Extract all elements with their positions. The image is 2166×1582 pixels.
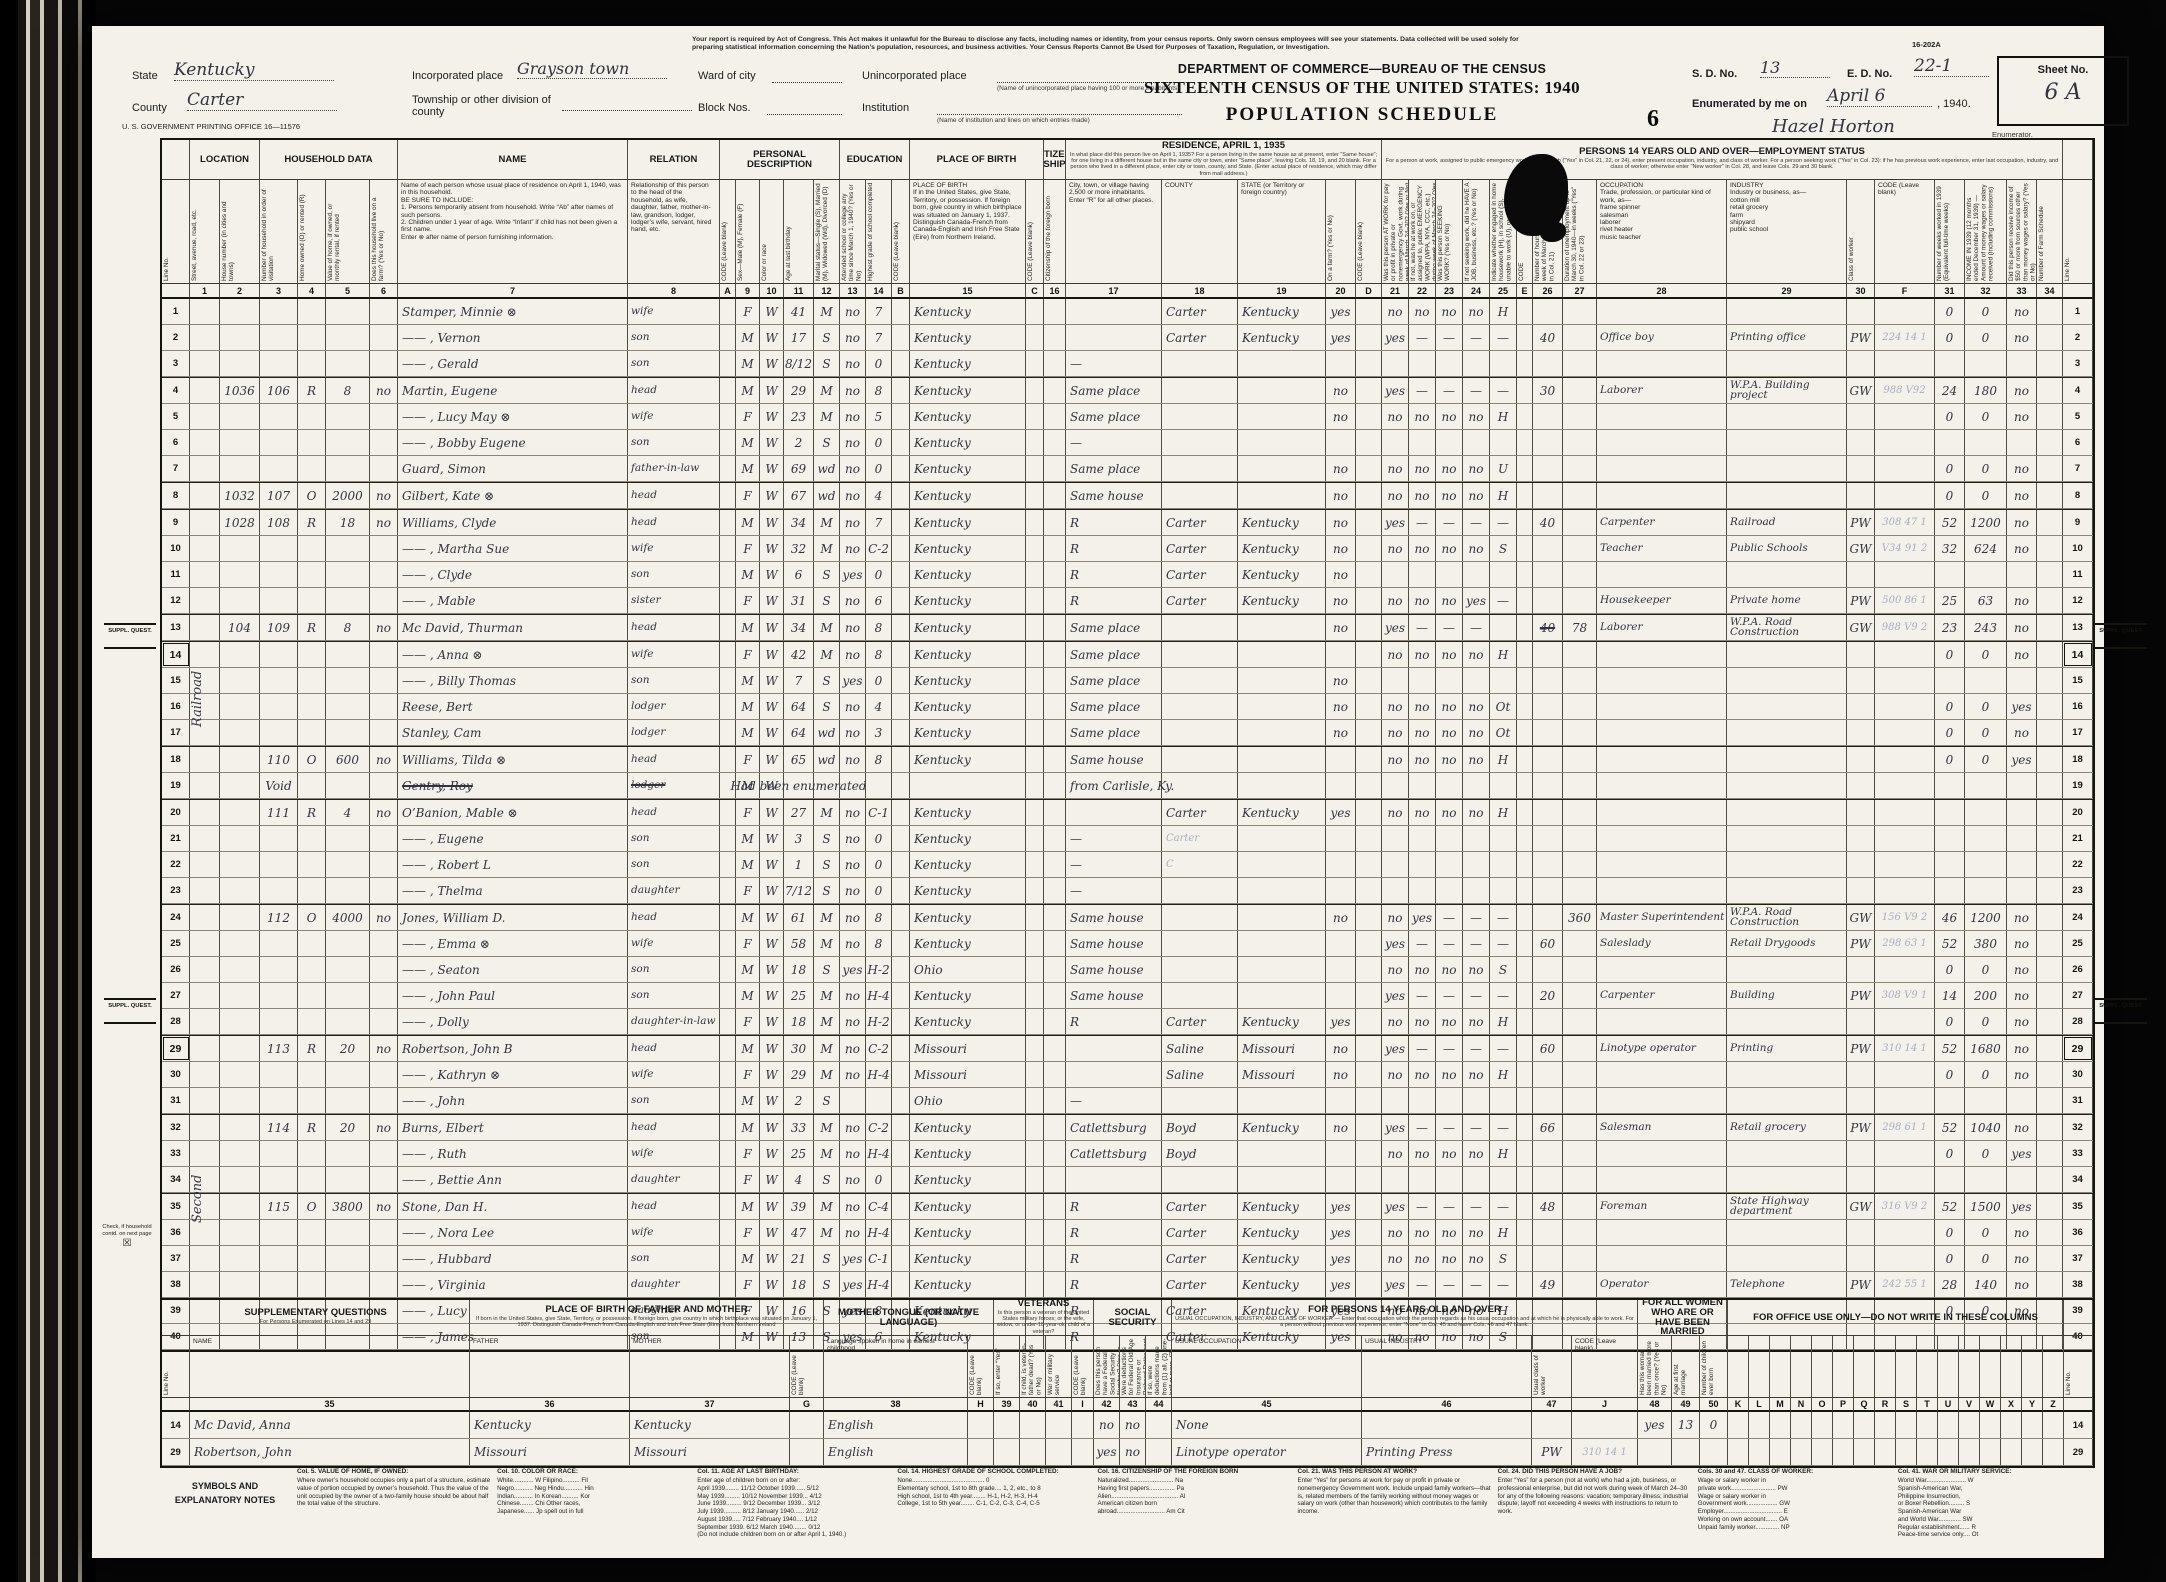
cell-sch: no bbox=[840, 800, 866, 825]
desc-text-race: Color or race bbox=[760, 180, 783, 283]
section-label: RESIDENCE, APRIL 1, 1935 bbox=[1162, 141, 1285, 151]
cell-cA bbox=[720, 642, 736, 667]
cell-rel: head bbox=[628, 615, 720, 640]
cell-cE bbox=[1517, 931, 1533, 956]
cell-street bbox=[190, 1009, 220, 1034]
scanned-census-page: Your report is required by Act of Congre… bbox=[0, 0, 2166, 1582]
colnum-s_43: 43 bbox=[1120, 1398, 1146, 1412]
cell-hh bbox=[260, 852, 298, 877]
cell-race: W bbox=[760, 1009, 784, 1034]
cell-lnr: 13 bbox=[2063, 615, 2093, 640]
cell-cit bbox=[1044, 1115, 1066, 1140]
cell-state: Kentucky bbox=[1238, 536, 1326, 561]
cell-cit bbox=[1044, 325, 1066, 350]
cell-weeks: 52 bbox=[1935, 1194, 1965, 1219]
cell-hours bbox=[1533, 668, 1563, 693]
cell-other bbox=[2007, 1088, 2037, 1113]
cell-race: W bbox=[760, 983, 784, 1008]
cell-cF bbox=[1875, 483, 1935, 508]
cell-ind bbox=[1727, 1009, 1847, 1034]
cell-hours bbox=[1533, 1246, 1563, 1271]
cell-own: R bbox=[298, 1115, 326, 1140]
colnum-c23: 23 bbox=[1436, 284, 1463, 299]
cell-c25: — bbox=[1490, 510, 1517, 535]
cell-lnr: 26 bbox=[2063, 957, 2093, 982]
cell-cls: PW bbox=[1847, 510, 1875, 535]
desc-text-c34: Number of Farm Schedule bbox=[2037, 180, 2062, 283]
cell-other bbox=[2007, 773, 2037, 798]
cell-c34 bbox=[2037, 615, 2063, 640]
cell-c22 bbox=[1409, 351, 1436, 376]
cell-sex: F bbox=[736, 642, 760, 667]
colnum-cit: 16 bbox=[1044, 284, 1066, 299]
section-relation: RELATION bbox=[628, 140, 720, 180]
sd-label: S. D. No. bbox=[1692, 68, 1737, 80]
cell-s_mo: Missouri bbox=[630, 1439, 790, 1465]
cell-other: no bbox=[2007, 905, 2037, 930]
cell-val bbox=[326, 1246, 370, 1271]
cell-street bbox=[190, 983, 220, 1008]
cell-c21: no bbox=[1382, 588, 1409, 613]
cell-cC bbox=[1026, 1141, 1044, 1166]
desc-text-other: Did this person receive income of $50 or… bbox=[2007, 180, 2036, 283]
cell-ln: 9 bbox=[162, 510, 190, 535]
cell-sex: F bbox=[736, 931, 760, 956]
desc-street: Street, avenue, road, etc. bbox=[190, 180, 220, 284]
cell-weeks bbox=[1935, 351, 1965, 376]
cell-farm35: no bbox=[1326, 1115, 1356, 1140]
cell-cit bbox=[1044, 931, 1066, 956]
section-label: NAME bbox=[499, 155, 527, 165]
sheet-label: Sheet No. bbox=[1999, 64, 2127, 76]
cell-other: no bbox=[2007, 1036, 2037, 1061]
section-subtext: USUAL OCCUPATION, INDUSTRY, AND CLASS OF… bbox=[1172, 1315, 1637, 1330]
cell-other: no bbox=[2007, 720, 2037, 745]
footnote-title: Col. 41. WAR OR MILITARY SERVICE: bbox=[1898, 1468, 2091, 1476]
footnote-title: Col. 11. AGE AT LAST BIRTHDAY: bbox=[697, 1468, 890, 1476]
cell-farm35: yes bbox=[1326, 325, 1356, 350]
colnum-weeks: 31 bbox=[1935, 284, 1965, 299]
cell-county: Carter bbox=[1162, 1246, 1238, 1271]
cell-sex: F bbox=[736, 588, 760, 613]
cell-dur bbox=[1563, 483, 1597, 508]
cell-age: 18 bbox=[784, 957, 814, 982]
cell-cC bbox=[1026, 720, 1044, 745]
cell-c25 bbox=[1490, 562, 1517, 587]
cell-c24: no bbox=[1463, 694, 1490, 719]
cell-ln: 22 bbox=[162, 852, 190, 877]
cell-pob: Ohio bbox=[910, 1088, 1026, 1113]
cell-sch: no bbox=[840, 588, 866, 613]
cell-state: Kentucky bbox=[1238, 562, 1326, 587]
cell-ind: Railroad bbox=[1727, 510, 1847, 535]
supplementary-questions-table: SUPPLEMENTARY QUESTIONSFor Persons Enume… bbox=[160, 1298, 2095, 1468]
cell-name: —— , Nora Lee bbox=[398, 1220, 628, 1245]
cell-ln: 7 bbox=[162, 456, 190, 481]
cell-street bbox=[190, 957, 220, 982]
cell-c34 bbox=[2037, 1036, 2063, 1061]
cell-c25: S bbox=[1490, 1246, 1517, 1271]
desc-text-cF: CODE (Leave blank) bbox=[1875, 180, 1934, 199]
cell-weeks: 52 bbox=[1935, 1036, 1965, 1061]
desc-text-name: Name of each person whose usual place of… bbox=[398, 180, 627, 243]
cell-cF: 988 V9 2 bbox=[1875, 615, 1935, 640]
cell-s_49: 13 bbox=[1672, 1412, 1700, 1438]
cell-grade: C-2 bbox=[866, 536, 892, 561]
cell-ind bbox=[1727, 747, 1847, 772]
cell-rel: head bbox=[628, 510, 720, 535]
cell-lnr: 34 bbox=[2063, 1167, 2093, 1192]
cell-race: W bbox=[760, 1036, 784, 1061]
section-name: NAME bbox=[398, 140, 628, 180]
cell-cF bbox=[1875, 957, 1935, 982]
cell-ind: Building bbox=[1727, 983, 1847, 1008]
cell-farm bbox=[370, 299, 398, 324]
cell-grade: 8 bbox=[866, 642, 892, 667]
cell-mar: S bbox=[814, 1272, 840, 1297]
cell-lnr: 8 bbox=[2063, 483, 2093, 508]
cell-sch: no bbox=[840, 325, 866, 350]
cell-cA bbox=[720, 1246, 736, 1271]
cell-occ bbox=[1597, 694, 1727, 719]
cell-c21 bbox=[1382, 562, 1409, 587]
cell-lnr: 29 bbox=[2063, 1036, 2093, 1061]
cell-cB bbox=[892, 720, 910, 745]
desc-text-cD: CODE (Leave blank) bbox=[1356, 180, 1381, 283]
cell-weeks: 0 bbox=[1935, 642, 1965, 667]
cell-house bbox=[220, 826, 260, 851]
section-persons-14-years-old-and-over-: PERSONS 14 YEARS OLD AND OVER—EMPLOYMENT… bbox=[1382, 140, 2063, 180]
cell-sex: M bbox=[736, 1036, 760, 1061]
cell-age: 29 bbox=[784, 378, 814, 403]
cell-age: 21 bbox=[784, 1246, 814, 1271]
cell-rel: son bbox=[628, 983, 720, 1008]
desc-text-s_P bbox=[1833, 1336, 1853, 1340]
cell-c23: no bbox=[1436, 642, 1463, 667]
desc-name: Name of each person whose usual place of… bbox=[398, 180, 628, 284]
cell-s_39 bbox=[994, 1412, 1020, 1438]
cell-hh bbox=[260, 957, 298, 982]
cell-name: —— , Kathryn ⊗ bbox=[398, 1062, 628, 1087]
desc-text-s_50: Number of children ever born bbox=[1700, 1336, 1727, 1397]
cell-c34 bbox=[2037, 1062, 2063, 1087]
cell-grade: C-2 bbox=[866, 1115, 892, 1140]
cell-s_R bbox=[1875, 1412, 1896, 1438]
cell-city bbox=[1066, 325, 1162, 350]
colnum-county: 18 bbox=[1162, 284, 1238, 299]
footnote-7: Col. 24. DID THIS PERSON HAVE A JOB?Ente… bbox=[1498, 1468, 1691, 1516]
colnum-street: 1 bbox=[190, 284, 220, 299]
cell-cit bbox=[1044, 1246, 1066, 1271]
cell-hh: 109 bbox=[260, 615, 298, 640]
cell-dur bbox=[1563, 694, 1597, 719]
cell-val: 20 bbox=[326, 1115, 370, 1140]
colnum-s_T: T bbox=[1917, 1398, 1938, 1412]
cell-cB bbox=[892, 1272, 910, 1297]
colnum-s_48: 48 bbox=[1638, 1398, 1672, 1412]
cell-sch: no bbox=[840, 615, 866, 640]
cell-ind bbox=[1727, 1141, 1847, 1166]
desc-text-occ: OCCUPATION Trade, profession, or particu… bbox=[1597, 180, 1726, 243]
cell-farm: no bbox=[370, 483, 398, 508]
desc-farm35: On a farm? (Yes or No) bbox=[1326, 180, 1356, 284]
cell-s_g bbox=[790, 1439, 824, 1465]
cell-county bbox=[1162, 668, 1238, 693]
cell-c24 bbox=[1463, 1088, 1490, 1113]
cell-mar: S bbox=[814, 1167, 840, 1192]
colnum-s_O: O bbox=[1812, 1398, 1833, 1412]
cell-cE bbox=[1517, 1088, 1533, 1113]
cell-cls bbox=[1847, 404, 1875, 429]
cell-s_44 bbox=[1146, 1439, 1172, 1465]
cell-cA bbox=[720, 747, 736, 772]
cell-val bbox=[326, 773, 370, 798]
county-value: Carter bbox=[187, 90, 337, 111]
cell-cF bbox=[1875, 642, 1935, 667]
cell-sch: no bbox=[840, 694, 866, 719]
desc-text-age: Age at last birthday bbox=[784, 180, 813, 283]
symbols-heading: SYMBOLS AND EXPLANATORY NOTES bbox=[160, 1468, 290, 1507]
cell-hh bbox=[260, 430, 298, 455]
cell-ind bbox=[1727, 456, 1847, 481]
cell-s_U bbox=[1938, 1412, 1959, 1438]
footnote-line: Wage or salary worker in bbox=[1698, 1477, 1891, 1485]
cell-cC bbox=[1026, 1272, 1044, 1297]
colnum-c34: 34 bbox=[2037, 284, 2063, 299]
cell-street bbox=[190, 826, 220, 851]
cell-wages bbox=[1965, 1088, 2007, 1113]
cell-cF: 224 14 1 bbox=[1875, 325, 1935, 350]
cell-state: Kentucky bbox=[1238, 299, 1326, 324]
cell-s_50: 0 bbox=[1700, 1412, 1728, 1438]
cell-age: 7/12 bbox=[784, 878, 814, 903]
cell-other: yes bbox=[2007, 694, 2037, 719]
colnum-s_h: H bbox=[968, 1398, 994, 1412]
cell-farm bbox=[370, 1246, 398, 1271]
cell-county: Carter bbox=[1162, 299, 1238, 324]
cell-cC bbox=[1026, 747, 1044, 772]
desc-text-hh: Number of household in order of visitati… bbox=[260, 180, 297, 283]
cell-rel: lodger bbox=[628, 720, 720, 745]
cell-farm35: no bbox=[1326, 510, 1356, 535]
cell-pob: Kentucky bbox=[910, 694, 1026, 719]
cell-rel: wife bbox=[628, 536, 720, 561]
cell-county: Carter bbox=[1162, 325, 1238, 350]
cell-age: 65 bbox=[784, 747, 814, 772]
cell-c21: yes bbox=[1382, 378, 1409, 403]
cell-occ: Laborer bbox=[1597, 378, 1727, 403]
cell-own bbox=[298, 720, 326, 745]
cell-c21 bbox=[1382, 430, 1409, 455]
cell-street bbox=[190, 404, 220, 429]
cell-sch: no bbox=[840, 826, 866, 851]
cell-cB bbox=[892, 878, 910, 903]
cell-age: 7 bbox=[784, 668, 814, 693]
desc-text-s_S bbox=[1896, 1336, 1916, 1340]
cell-c23: no bbox=[1436, 957, 1463, 982]
cell-s_V bbox=[1959, 1412, 1980, 1438]
section-for-persons-14-years-old-and-o: FOR PERSONS 14 YEARS OLD AND OVERUSUAL O… bbox=[1172, 1300, 1638, 1336]
colnum-s_L: L bbox=[1749, 1398, 1770, 1412]
cell-rel: wife bbox=[628, 931, 720, 956]
cell-c22: no bbox=[1409, 642, 1436, 667]
cell-c24: no bbox=[1463, 404, 1490, 429]
cell-c23 bbox=[1436, 430, 1463, 455]
desc-mar: Marital status—Single (S), Married (M), … bbox=[814, 180, 840, 284]
footnote-line: Employer................................… bbox=[1698, 1508, 1891, 1516]
footnote-line: abroad............................ Am Ci… bbox=[1097, 1508, 1290, 1516]
cell-race: W bbox=[760, 905, 784, 930]
cell-wages: 0 bbox=[1965, 747, 2007, 772]
section-place-of-birth: PLACE OF BIRTH bbox=[910, 140, 1044, 180]
cell-own bbox=[298, 668, 326, 693]
cell-hh bbox=[260, 404, 298, 429]
cell-farm35 bbox=[1326, 983, 1356, 1008]
cell-cC bbox=[1026, 404, 1044, 429]
cell-pob: Kentucky bbox=[910, 536, 1026, 561]
section-label: PERSONAL DESCRIPTION bbox=[720, 150, 839, 170]
cell-ln: 12 bbox=[162, 588, 190, 613]
cell-age: 61 bbox=[784, 905, 814, 930]
cell-county bbox=[1162, 878, 1238, 903]
cell-cE bbox=[1517, 957, 1533, 982]
cell-county: Carter bbox=[1162, 826, 1238, 851]
cell-cF bbox=[1875, 773, 1935, 798]
cell-pob: Kentucky bbox=[910, 800, 1026, 825]
footnote-title: Col. 5. VALUE OF HOME, IF OWNED: bbox=[297, 1468, 490, 1476]
cell-pob: Kentucky bbox=[910, 931, 1026, 956]
cell-cA bbox=[720, 826, 736, 851]
cell-farm: no bbox=[370, 615, 398, 640]
cell-other: no bbox=[2007, 378, 2037, 403]
cell-s_50 bbox=[1700, 1439, 1728, 1465]
cell-hours bbox=[1533, 1220, 1563, 1245]
desc-s_Y bbox=[2022, 1336, 2043, 1398]
ed-value: 22-1 bbox=[1914, 56, 1989, 77]
cell-city: Same place bbox=[1066, 456, 1162, 481]
desc-text-s_49: Age at first marriage bbox=[1672, 1336, 1699, 1397]
cell-city: R bbox=[1066, 1194, 1162, 1219]
colnum-s_fa: 36 bbox=[470, 1398, 630, 1412]
cell-cls: GW bbox=[1847, 615, 1875, 640]
cell-cls bbox=[1847, 668, 1875, 693]
desc-text-s_name: NAME bbox=[190, 1336, 469, 1347]
cell-state bbox=[1238, 615, 1326, 640]
cell-cD bbox=[1356, 800, 1382, 825]
cell-sex: M bbox=[736, 720, 760, 745]
cell-ind bbox=[1727, 404, 1847, 429]
cell-cC bbox=[1026, 299, 1044, 324]
cell-c24 bbox=[1463, 562, 1490, 587]
cell-val bbox=[326, 642, 370, 667]
cell-sch: yes bbox=[840, 1272, 866, 1297]
cell-house bbox=[220, 1272, 260, 1297]
cell-rel: son bbox=[628, 325, 720, 350]
cell-ind: Printing office bbox=[1727, 325, 1847, 350]
cell-c24 bbox=[1463, 773, 1490, 798]
footnote-title: Col. 16. CITIZENSHIP OF THE FOREIGN BORN bbox=[1097, 1468, 1290, 1476]
cell-cE bbox=[1517, 1036, 1533, 1061]
cell-other: no bbox=[2007, 536, 2037, 561]
cell-s_fa: Kentucky bbox=[470, 1412, 630, 1438]
cell-cls: GW bbox=[1847, 536, 1875, 561]
cell-cB bbox=[892, 1141, 910, 1166]
cell-occ bbox=[1597, 957, 1727, 982]
cell-farm35: no bbox=[1326, 536, 1356, 561]
cell-cC bbox=[1026, 1220, 1044, 1245]
cell-cF bbox=[1875, 1220, 1935, 1245]
cell-county bbox=[1162, 351, 1238, 376]
table-row: 12—— , MablesisterFW31Sno6KentuckyRCarte… bbox=[162, 588, 2093, 614]
cell-c21 bbox=[1382, 351, 1409, 376]
cell-s_Y bbox=[2022, 1412, 2043, 1438]
cell-sex: M bbox=[736, 1115, 760, 1140]
footnote-title: Col. 14. HIGHEST GRADE OF SCHOOL COMPLET… bbox=[897, 1468, 1090, 1476]
cell-val: 4000 bbox=[326, 905, 370, 930]
cell-s_42: no bbox=[1094, 1412, 1120, 1438]
desc-text-c21: Was this person AT WORK for pay or profi… bbox=[1382, 180, 1408, 283]
cell-c23: — bbox=[1436, 1194, 1463, 1219]
cell-cE bbox=[1517, 299, 1533, 324]
cell-own bbox=[298, 826, 326, 851]
desc-text-s_44: If so, were deductions made from (1) all… bbox=[1146, 1336, 1171, 1397]
cell-c22: — bbox=[1409, 1194, 1436, 1219]
section-veterans: VETERANSIs this person a veteran of the … bbox=[994, 1300, 1094, 1336]
cell-s_ln: 29 bbox=[162, 1439, 190, 1465]
cell-pob: Kentucky bbox=[910, 456, 1026, 481]
desc-text-ln: Line No. bbox=[162, 180, 189, 283]
cell-c34 bbox=[2037, 430, 2063, 455]
colnum-cF: F bbox=[1875, 284, 1935, 299]
cell-cA bbox=[720, 588, 736, 613]
cell-val bbox=[326, 1088, 370, 1113]
footnote-line: Working on own account....... OA bbox=[1698, 1516, 1891, 1524]
cell-name: Stanley, Cam bbox=[398, 720, 628, 745]
desc-city: City, town, or village having 2,500 or m… bbox=[1066, 180, 1162, 284]
cell-grade: 0 bbox=[866, 1167, 892, 1192]
cell-age: 64 bbox=[784, 694, 814, 719]
cell-c22: no bbox=[1409, 536, 1436, 561]
desc-s_46: USUAL INDUSTRY bbox=[1362, 1336, 1532, 1398]
cell-hours bbox=[1533, 1009, 1563, 1034]
cell-other: no bbox=[2007, 1009, 2037, 1034]
cell-c23: no bbox=[1436, 1141, 1463, 1166]
cell-wages: 180 bbox=[1965, 378, 2007, 403]
cell-s_T bbox=[1917, 1412, 1938, 1438]
cell-county bbox=[1162, 773, 1238, 798]
cell-own: O bbox=[298, 747, 326, 772]
cell-occ: Master Superintendent bbox=[1597, 905, 1727, 930]
department-title: DEPARTMENT OF COMMERCE—BUREAU OF THE CEN… bbox=[1092, 62, 1632, 76]
table-row: 29Robertson, JohnMissouriMissouriEnglish… bbox=[162, 1439, 2093, 1466]
cell-c22: no bbox=[1409, 720, 1436, 745]
cell-cE bbox=[1517, 800, 1533, 825]
explanatory-notes: SYMBOLS AND EXPLANATORY NOTES Col. 5. VA… bbox=[160, 1468, 2091, 1539]
cell-name: —— , Emma ⊗ bbox=[398, 931, 628, 956]
cell-grade: 8 bbox=[866, 378, 892, 403]
desc-text-s_46: USUAL INDUSTRY bbox=[1362, 1336, 1531, 1347]
cell-sch: no bbox=[840, 536, 866, 561]
cell-cA bbox=[720, 536, 736, 561]
cell-lnr: 33 bbox=[2063, 1141, 2093, 1166]
cell-city: R bbox=[1066, 1272, 1162, 1297]
cell-cls bbox=[1847, 1246, 1875, 1271]
colnum-s_S: S bbox=[1896, 1398, 1917, 1412]
cell-dur bbox=[1563, 456, 1597, 481]
cell-name: —— , Anna ⊗ bbox=[398, 642, 628, 667]
cell-hh bbox=[260, 826, 298, 851]
cell-wages: 0 bbox=[1965, 642, 2007, 667]
